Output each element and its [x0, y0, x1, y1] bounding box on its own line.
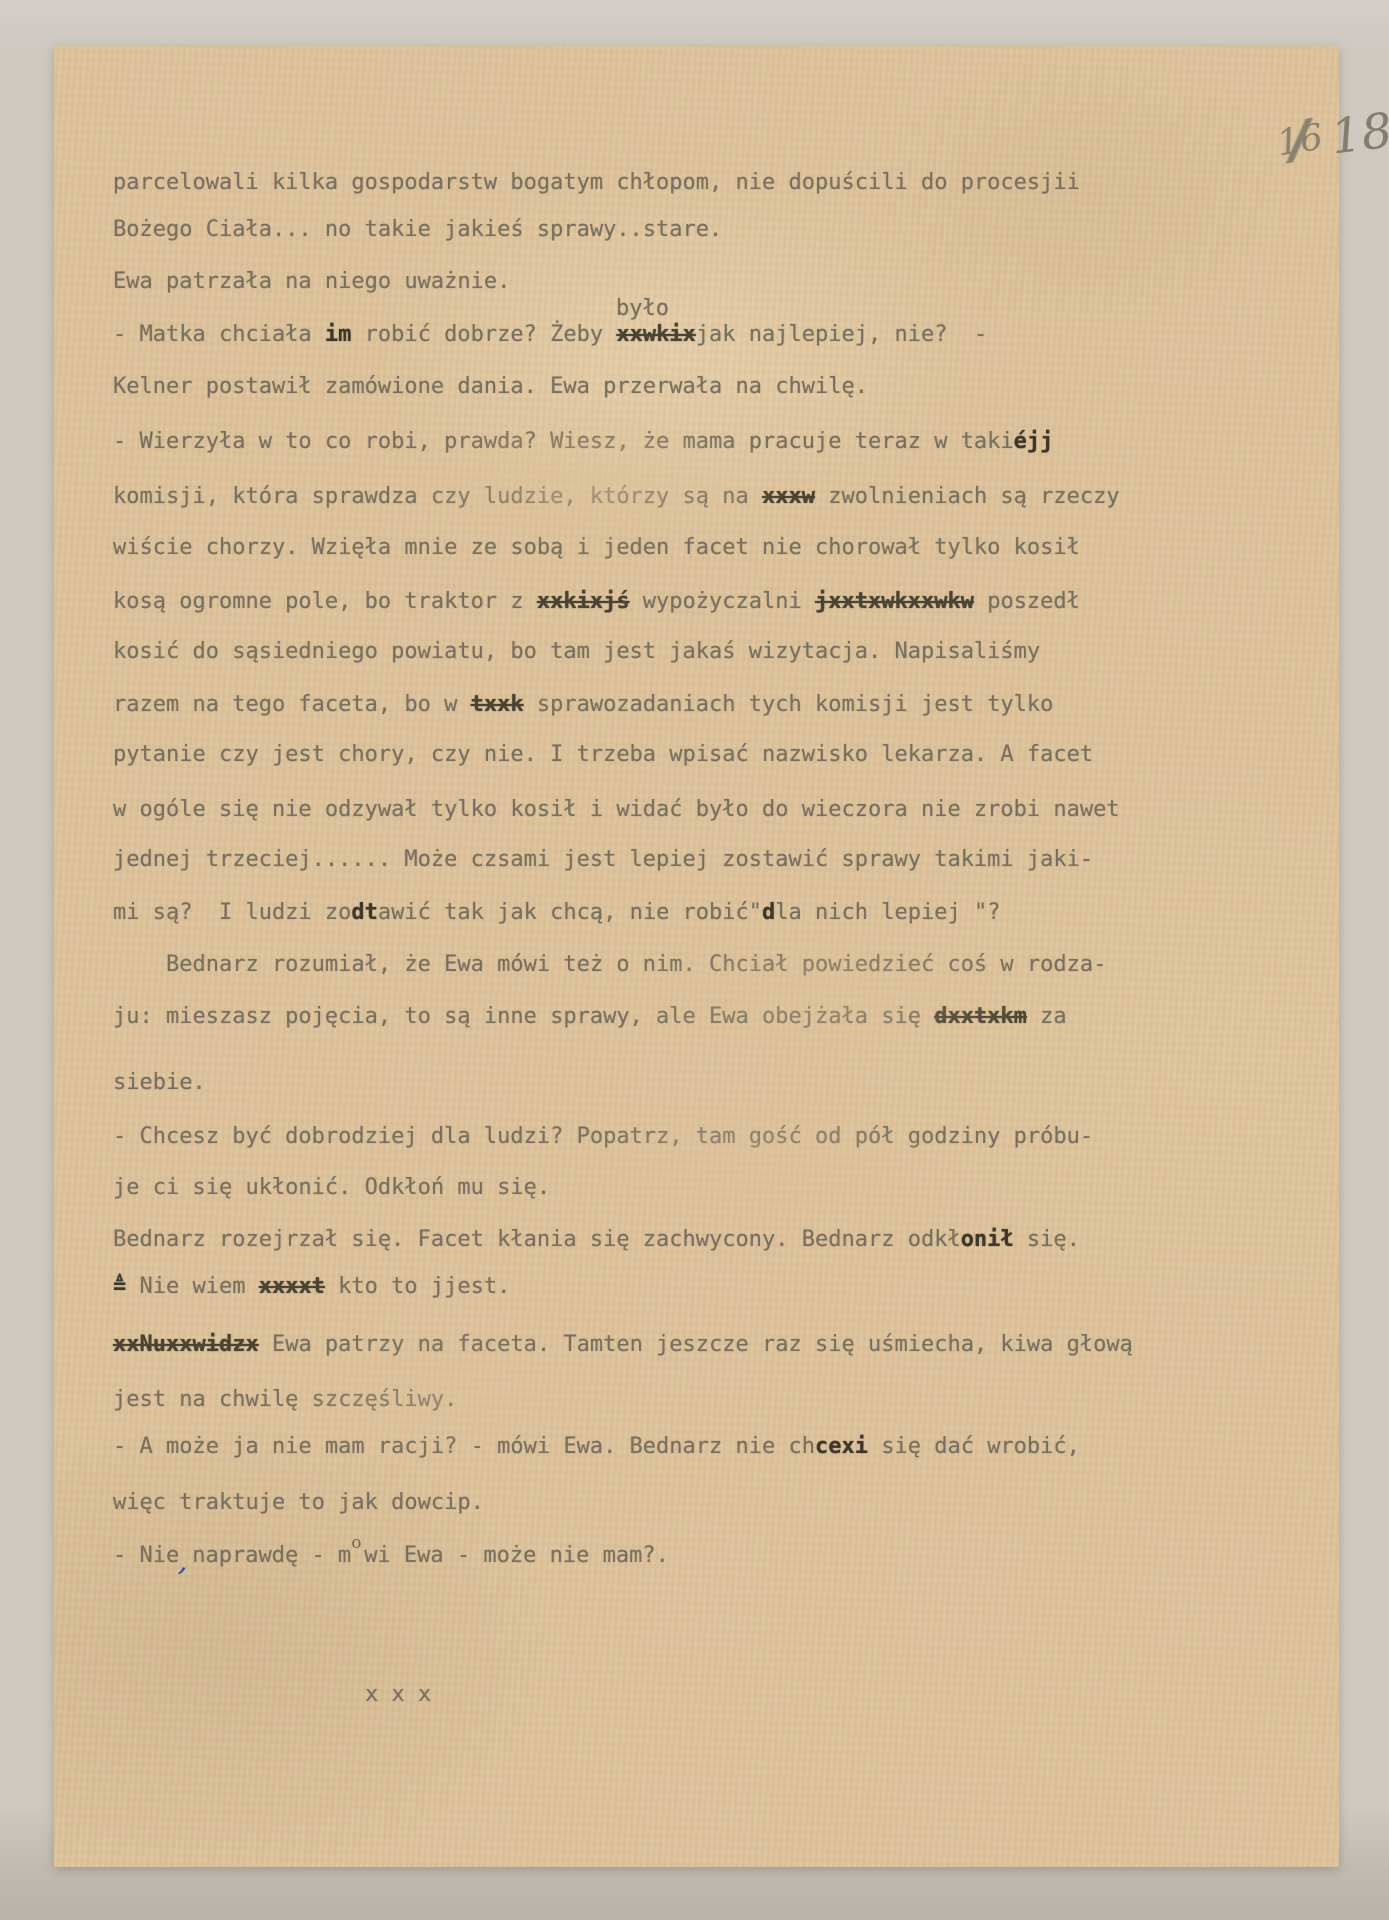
text-segment: Ewa patrzała na niego uważnie.: [113, 269, 510, 294]
text-line: Bożego Ciała... no takie jakieś sprawy..…: [113, 217, 722, 243]
text-segment: awić tak jak chcą, nie robić": [378, 900, 762, 925]
handwritten-page-number-old: 16: [1274, 117, 1326, 165]
text-segment: komisji, która sprawdza czy ludzie, któr…: [113, 484, 762, 509]
text-line: mi są? I ludzi zodtawić tak jak chcą, ni…: [113, 900, 1000, 926]
text-segment: robić dobrze? Żeby: [351, 322, 616, 347]
text-segment: wypożyczalni: [630, 589, 815, 614]
text-segment: razem na tego faceta, bo w: [113, 692, 471, 717]
text-segment: ≜: [113, 1274, 126, 1299]
text-segment: xxxxt: [259, 1274, 325, 1299]
text-line: ≜ Nie wiem xxxxt kto to jjest.: [113, 1274, 510, 1300]
text-line: x x x: [365, 1682, 431, 1708]
text-segment: je ci się ukłonić. Odkłoń mu się.: [113, 1175, 550, 1200]
text-line: razem na tego faceta, bo w txxk sprawoza…: [113, 692, 1053, 718]
text-segment: wi Ewa - może nie mam?.: [364, 1543, 669, 1568]
text-segment: kto to jjest.: [325, 1274, 510, 1299]
text-segment: xxwkix: [616, 322, 695, 347]
text-line: - Matka chciała im robić dobrze? Żeby xx…: [113, 322, 987, 348]
text-segment: ,: [177, 1548, 193, 1576]
text-line: jednej trzeciej...... Może czsami jest l…: [113, 847, 1093, 873]
text-line: było: [616, 296, 669, 322]
text-line: parcelowali kilka gospodarstw bogatym ch…: [113, 170, 1080, 196]
text-segment: cexi: [815, 1434, 868, 1459]
text-line: ju: mieszasz pojęcia, to są inne sprawy,…: [113, 1004, 1067, 1030]
paper-sheet: 16 18 parcelowali kilka gospodarstw boga…: [54, 46, 1339, 1867]
text-line: kosą ogromne pole, bo traktor z xxkixjś …: [113, 589, 1080, 615]
scan-background: 16 18 parcelowali kilka gospodarstw boga…: [0, 0, 1389, 1920]
text-segment: Ewa patrzy na faceta. Tamten jeszcze raz…: [259, 1332, 1133, 1357]
text-segment: się.: [1014, 1227, 1080, 1252]
text-segment: - A może ja nie mam racji? - mówi Ewa. B…: [113, 1434, 815, 1459]
text-segment: Kelner postawił zamówione dania. Ewa prz…: [113, 374, 868, 399]
text-segment: jak najlepiej, nie? -: [696, 322, 987, 347]
text-segment: dxxtxkm: [934, 1004, 1027, 1029]
text-segment: siebie.: [113, 1070, 206, 1095]
text-segment: Nie wiem: [126, 1274, 258, 1299]
text-line: xxNuxxwidzx Ewa patrzy na faceta. Tamten…: [113, 1332, 1133, 1358]
handwritten-page-number: 18: [1328, 102, 1389, 165]
text-line: Kelner postawił zamówione dania. Ewa prz…: [113, 374, 868, 400]
text-segment: o: [351, 1530, 364, 1556]
text-segment: dt: [351, 900, 378, 925]
text-line: Bednarz rozejrzał się. Facet kłania się …: [113, 1227, 1080, 1253]
text-segment: poszedł: [974, 589, 1080, 614]
text-segment: - Wierzyła w to co robi, prawda? Wiesz, …: [113, 429, 1014, 454]
text-line: kosić do sąsiedniego powiatu, bo tam jes…: [113, 639, 1040, 665]
text-segment: onił: [961, 1227, 1014, 1252]
text-line: w ogóle się nie odzywał tylko kosił i wi…: [113, 797, 1120, 823]
text-line: - A może ja nie mam racji? - mówi Ewa. B…: [113, 1434, 1080, 1460]
text-segment: było: [616, 296, 669, 321]
text-segment: - Chcesz być dobrodziej dla ludzi? Popat…: [113, 1124, 1093, 1149]
text-segment: - Nie: [113, 1543, 179, 1568]
text-segment: sprawozadaniach tych komisji jest tylko: [524, 692, 1054, 717]
text-line: - Chcesz być dobrodziej dla ludzi? Popat…: [113, 1124, 1093, 1150]
text-line: - Nie,naprawdę - mowi Ewa - może nie mam…: [113, 1540, 669, 1570]
text-line: siebie.: [113, 1070, 206, 1096]
text-segment: im: [325, 322, 352, 347]
text-segment: Bożego Ciała... no takie jakieś sprawy..…: [113, 217, 722, 242]
text-segment: zwolnieniach są rzeczy: [815, 484, 1120, 509]
text-segment: kosą ogromne pole, bo traktor z: [113, 589, 537, 614]
text-segment: jednej trzeciej...... Może czsami jest l…: [113, 847, 1093, 872]
text-segment: xxxw: [762, 484, 815, 509]
text-segment: jxxtxwkxxwkw: [815, 589, 974, 614]
text-segment: txxk: [471, 692, 524, 717]
text-segment: Bednarz rozumiał, że Ewa mówi też o nim.…: [113, 952, 1106, 977]
text-segment: jest na chwilę szczęśliwy.: [113, 1387, 457, 1412]
text-segment: naprawdę - m: [192, 1543, 351, 1568]
text-line: wiście chorzy. Wzięła mnie ze sobą i jed…: [113, 535, 1080, 561]
text-line: - Wierzyła w to co robi, prawda? Wiesz, …: [113, 429, 1053, 455]
text-segment: mi są? I ludzi zo: [113, 900, 351, 925]
text-segment: ju: mieszasz pojęcia, to są inne sprawy,…: [113, 1004, 934, 1029]
text-segment: la nich lepiej "?: [775, 900, 1000, 925]
text-line: je ci się ukłonić. Odkłoń mu się.: [113, 1175, 550, 1201]
text-line: Bednarz rozumiał, że Ewa mówi też o nim.…: [113, 952, 1106, 978]
text-segment: parcelowali kilka gospodarstw bogatym ch…: [113, 170, 1080, 195]
text-segment: za: [1027, 1004, 1067, 1029]
text-segment: więc traktuje to jak dowcip.: [113, 1490, 484, 1515]
text-segment: - Matka chciała: [113, 322, 325, 347]
text-line: komisji, która sprawdza czy ludzie, któr…: [113, 484, 1120, 510]
text-segment: w ogóle się nie odzywał tylko kosił i wi…: [113, 797, 1120, 822]
text-segment: kosić do sąsiedniego powiatu, bo tam jes…: [113, 639, 1040, 664]
text-segment: się dać wrobić,: [868, 1434, 1080, 1459]
text-line: pytanie czy jest chory, czy nie. I trzeb…: [113, 742, 1093, 768]
handwritten-page-numbers: 16 18: [1259, 104, 1389, 184]
text-segment: Bednarz rozejrzał się. Facet kłania się …: [113, 1227, 961, 1252]
text-line: jest na chwilę szczęśliwy.: [113, 1387, 457, 1413]
text-segment: xxkixjś: [537, 589, 630, 614]
text-segment: d: [762, 900, 775, 925]
text-segment: éjj: [1014, 429, 1054, 454]
text-segment: xxNuxxwidzx: [113, 1332, 259, 1357]
text-line: więc traktuje to jak dowcip.: [113, 1490, 484, 1516]
text-line: Ewa patrzała na niego uważnie.: [113, 269, 510, 295]
text-segment: x x x: [365, 1682, 431, 1707]
text-segment: pytanie czy jest chory, czy nie. I trzeb…: [113, 742, 1093, 767]
text-segment: wiście chorzy. Wzięła mnie ze sobą i jed…: [113, 535, 1080, 560]
